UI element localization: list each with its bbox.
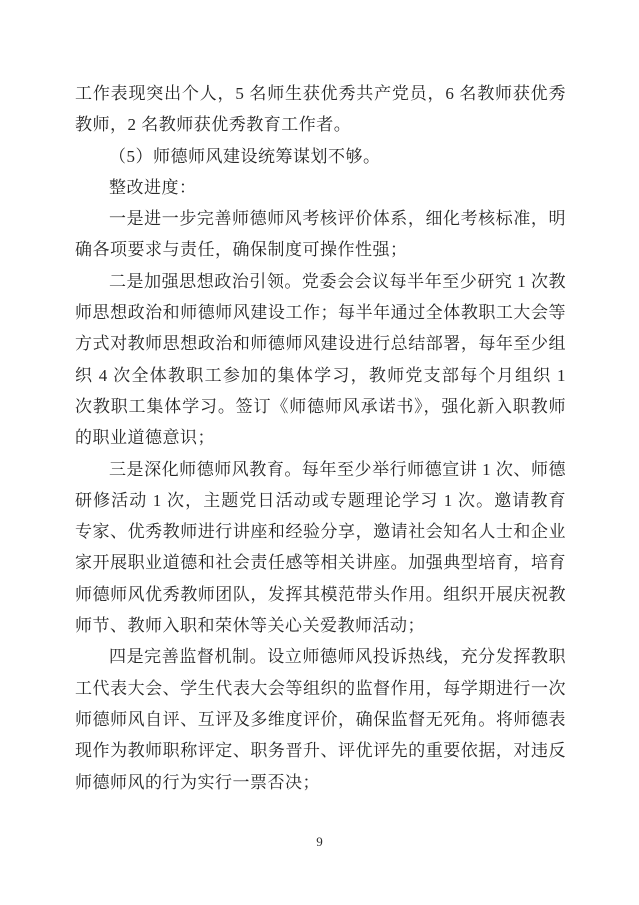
page-number: 9 (0, 834, 639, 850)
document-page: 工作表现突出个人，5 名师生获优秀共产党员，6 名教师获优秀教师，2 名教师获优… (0, 0, 639, 905)
paragraph-continuation: 工作表现突出个人，5 名师生获优秀共产党员，6 名教师获优秀教师，2 名教师获优… (75, 78, 566, 141)
paragraph-measure-2: 二是加强思想政治引领。党委会会议每半年至少研究 1 次教师思想政治和师德师风建设… (75, 266, 566, 454)
paragraph-measure-3: 三是深化师德师风教育。每年至少举行师德宣讲 1 次、师德研修活动 1 次，主题党… (75, 454, 566, 642)
paragraph-measure-1: 一是进一步完善师德师风考核评价体系，细化考核标准，明确各项要求与责任，确保制度可… (75, 203, 566, 266)
paragraph-measure-4: 四是完善监督机制。设立师德师风投诉热线，充分发挥教职工代表大会、学生代表大会等组… (75, 641, 566, 797)
document-body: 工作表现突出个人，5 名师生获优秀共产党员，6 名教师获优秀教师，2 名教师获优… (75, 78, 566, 798)
paragraph-progress-label: 整改进度： (75, 172, 566, 203)
paragraph-issue-heading: （5）师德师风建设统筹谋划不够。 (75, 141, 566, 172)
